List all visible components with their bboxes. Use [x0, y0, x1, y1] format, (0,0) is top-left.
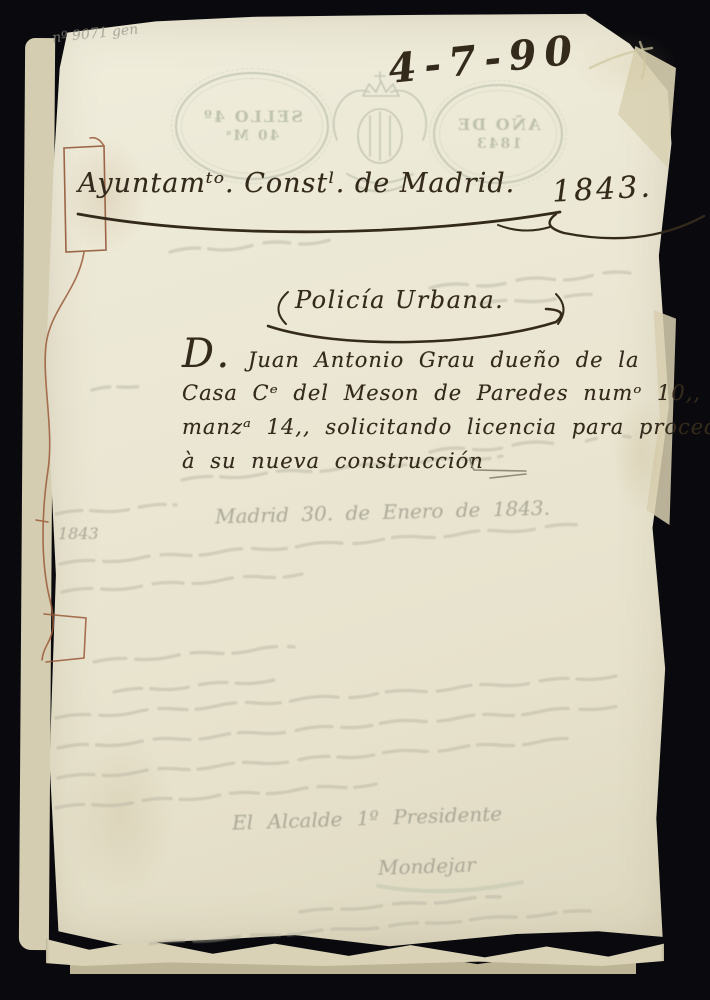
- page-title: Ayuntamᵗᵒ. Constˡ. de Madrid.: [78, 168, 515, 199]
- archival-photo: SELLO 4º 40 Mˢ AÑO DE 1843: [0, 0, 710, 1000]
- paper-stack-edge-left: [19, 38, 55, 950]
- bleedthrough-year-fragment: 1843: [58, 524, 99, 543]
- header-year: 1843.: [551, 169, 654, 209]
- seal-left-oval: SELLO 4º 40 Mˢ: [175, 72, 329, 180]
- seal-year-value: 1843: [475, 135, 522, 154]
- petition-line: manzᵃ 14,, solicitando licencia para pro…: [182, 415, 682, 439]
- seal-year-label: AÑO DE: [456, 114, 541, 136]
- section-title: Policía Urbana.: [295, 286, 504, 314]
- petition-line: Casa Cᵉ del Meson de Paredes numᵒ 10,,: [182, 381, 682, 405]
- petition-line: D. Juan Antonio Grau dueño de la: [182, 344, 682, 372]
- petition-line: à su nueva construcción: [182, 449, 682, 473]
- bleedthrough-signature: Mondejar: [378, 852, 477, 879]
- seal-class-label: SELLO 4º: [202, 106, 303, 128]
- seal-value-label: 40 Mˢ: [224, 127, 279, 146]
